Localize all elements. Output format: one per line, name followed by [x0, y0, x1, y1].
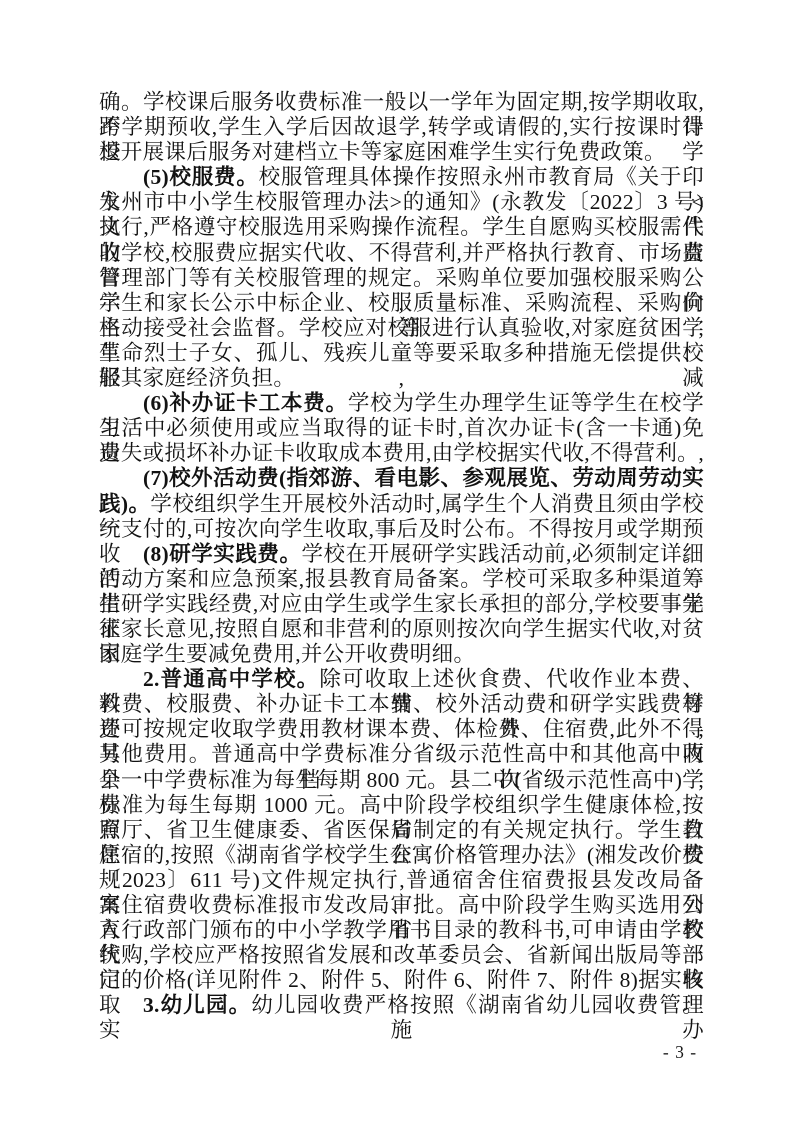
text-line: 主动接受社会监督。学校应对校服进行认真验收,对家庭贫困学生、 — [99, 316, 704, 341]
text-line: 革命烈士子女、孤儿、残疾儿童等要采取多种措施无偿提供校服,减 — [99, 341, 704, 366]
text-line: 生活中必须使用或应当取得的证卡时,首次办证卡(含一卡通)免费, — [99, 416, 704, 441]
text-line: 跨学期预收,学生入学后因故退学,转学或请假的,实行按课时计退。学 — [99, 115, 704, 140]
text-line: 标准为每生每期 1000 元。高中阶段学校组织学生健康体检,按照省教 — [99, 793, 704, 818]
text-line: 校开展课后服务对建档立卡等家庭困难学生实行免费政策。 — [99, 140, 704, 165]
text-line: 遗失或损坏补办证卡收取成本费用,由学校据实代收,不得营利。 — [99, 441, 704, 466]
text-line: 定的价格(详见附件 2、附件 5、附件 6、附件 7、附件 8)据实收取。 — [99, 968, 704, 993]
document-body: 确。学校课后服务收费标准一般以一学年为固定期,按学期收取,不得跨学期预收,学生入… — [99, 90, 704, 1018]
text-line: 寓住宿费收费标准报市发改局审批。高中阶段学生购买选用列入省教 — [99, 893, 704, 918]
text-line: 料费、校服费、补办证卡工本费、校外活动费和研学实践费等费用外, — [99, 692, 704, 717]
text-line: 育厅、省卫生健康委、省医保局制定的有关规定执行。学生自愿在校 — [99, 818, 704, 843]
text-line: 还可按规定收取学费、教材课本费、体检费、住宿费,此外不得另收 — [99, 717, 704, 742]
text-line: 执行,严格遵守校服选用采购操作流程。学生自愿购买校服需代收费 — [99, 215, 704, 240]
text-line: 县一中学费标准为每生每期 800 元。县二中(省级示范性高中)学费 — [99, 768, 704, 793]
bold-heading: (8)研学实践费。 — [143, 542, 302, 566]
bold-heading: 践)。 — [99, 492, 150, 516]
text-line: 的学校,校服费应据实代收、不得营利,并严格执行教育、市场监督 — [99, 241, 704, 266]
text-line: 3.幼儿园。幼儿园收费严格按照《湖南省幼儿园收费管理实施办 — [99, 993, 704, 1018]
page-number: - 3 - — [640, 1042, 720, 1063]
text-line: 生研学实践经费,对应由学生或学生家长承担的部分,学校要事先征 — [99, 592, 704, 617]
text-line: 活动方案和应急预案,报县教育局备案。学校可采取多种渠道筹措学 — [99, 567, 704, 592]
text-line: (5)校服费。校服管理具体操作按照永州市教育局《关于印发< — [99, 165, 704, 190]
text-line: 其他费用。普通高中学费标准分省级示范性高中和其他高中两个档次, — [99, 742, 704, 767]
text-line: 求家长意见,按照自愿和非营利的原则按次向学生据实代收,对贫困 — [99, 617, 704, 642]
bold-heading: (6)补办证卡工本费。 — [143, 391, 348, 415]
text-line: 育行政部门颁布的中小学教学用书目录的教科书,可申请由学校统一 — [99, 918, 704, 943]
text-run: 家庭学生要减免费用,并公开收费明细。 — [99, 642, 475, 666]
bold-heading: 2.普通高中学校。 — [143, 667, 319, 691]
text-run: 遗失或损坏补办证卡收取成本费用,由学校据实代收,不得营利。 — [99, 441, 699, 465]
document-page: 确。学校课后服务收费标准一般以一学年为固定期,按学期收取,不得跨学期预收,学生入… — [0, 0, 793, 1122]
bold-heading: (7)校外活动费(指郊游、看电影、参观展览、劳动周劳动实 — [143, 466, 704, 490]
text-run: 校开展课后服务对建档立卡等家庭困难学生实行免费政策。 — [99, 140, 666, 164]
text-line: 住宿的,按照《湖南省学校学生公寓价格管理办法》(湘发改价费规 — [99, 843, 704, 868]
bold-heading: 3.幼儿园。 — [143, 993, 251, 1017]
text-line: 代购,学校应严格按照省发展和改革委员会、省新闻出版局等部门核 — [99, 943, 704, 968]
text-line: 管理部门等有关校服管理的规定。采购单位要加强校服采购公示,向 — [99, 266, 704, 291]
bold-heading: (5)校服费。 — [143, 165, 259, 189]
text-line: 一支付的,可按次向学生收取,事后及时公布。不得按月或学期预收。 — [99, 517, 704, 542]
text-line: 确。学校课后服务收费标准一般以一学年为固定期,按学期收取,不得 — [99, 90, 704, 115]
text-line: 2.普通高中学校。除可收取上述伙食费、代收作业本费、教辅材 — [99, 667, 704, 692]
text-line: (7)校外活动费(指郊游、看电影、参观展览、劳动周劳动实 — [99, 466, 704, 491]
text-line: 〔2023〕611 号)文件规定执行,普通宿舍住宿费报县发改局备案、公 — [99, 868, 704, 893]
text-line: 学生和家长公示中标企业、校服质量标准、采购流程、采购价格等, — [99, 291, 704, 316]
text-line: 永州市中小学生校服管理办法>的通知》(永教发〔2022〕3 号)文件 — [99, 190, 704, 215]
text-run: 轻其家庭经济负担。 — [99, 366, 295, 390]
text-line: (6)补办证卡工本费。学校为学生办理学生证等学生在校学习 — [99, 391, 704, 416]
text-line: 家庭学生要减免费用,并公开收费明细。 — [99, 642, 704, 667]
text-line: 践)。学校组织学生开展校外活动时,属学生个人消费且须由学校统 — [99, 492, 704, 517]
text-line: (8)研学实践费。学校在开展研学实践活动前,必须制定详细的 — [99, 542, 704, 567]
